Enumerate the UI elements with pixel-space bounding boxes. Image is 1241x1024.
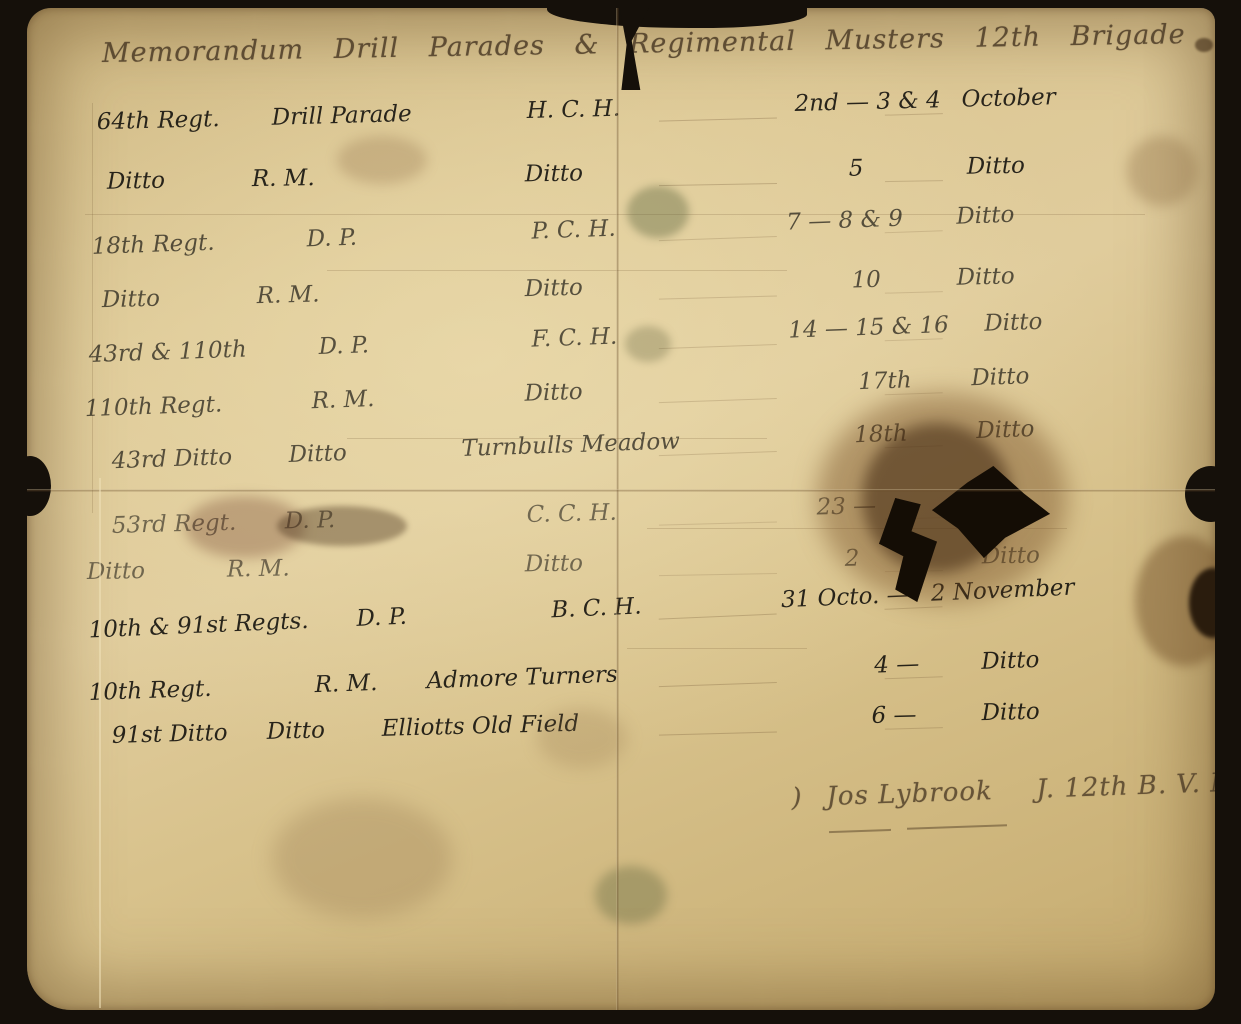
location-text: Ditto	[525, 550, 584, 577]
day-text: 7 — 8 & 9	[786, 206, 903, 236]
event-text: Ditto	[288, 440, 347, 468]
unit-text: 110th Regt.	[84, 391, 222, 422]
location-text: P. C. H.	[531, 216, 616, 245]
event-text: R. M.	[227, 556, 290, 583]
unit-text: 10th & 91st Regts.	[88, 608, 309, 644]
event-text: Drill Parade	[271, 101, 412, 131]
month-text: Ditto	[984, 309, 1043, 337]
day-text: 4 —	[874, 651, 920, 679]
paper-sheet: Memorandum Drill Parades & Regimental Mu…	[27, 8, 1215, 1010]
month-text: Ditto	[961, 489, 1020, 517]
event-text: D. P.	[306, 225, 357, 253]
event-text: D. P.	[284, 507, 335, 534]
day-text: 10	[851, 267, 881, 294]
signature-flourish: )	[791, 783, 803, 813]
event-text: R. M.	[311, 386, 375, 414]
day-text: 23 —	[816, 493, 876, 521]
unit-text: Ditto	[87, 558, 146, 585]
event-text: D. P.	[356, 604, 407, 632]
day-text: 6 —	[871, 702, 917, 729]
unit-text: 10th Regt.	[88, 676, 212, 706]
month-text: October	[961, 84, 1056, 112]
month-text: Ditto	[982, 542, 1041, 569]
unit-text: 53rd Regt.	[111, 510, 236, 539]
signature-office: J. 12th B. V. M.	[1036, 767, 1215, 804]
unit-text: 91st Ditto	[111, 720, 227, 749]
month-text: Ditto	[971, 363, 1030, 391]
scanned-document-page: Memorandum Drill Parades & Regimental Mu…	[0, 0, 1241, 1024]
event-text: R. M.	[252, 165, 315, 192]
event-text: Ditto	[266, 717, 325, 745]
event-text: R. M.	[314, 670, 378, 698]
location-text: Elliotts Old Field	[381, 711, 579, 742]
location-text: F. C. H.	[531, 324, 618, 353]
day-text: 14 — 15 & 16	[788, 312, 949, 344]
unit-text: Ditto	[107, 168, 166, 195]
day-text: 17th	[858, 367, 912, 395]
location-text: Admore Turners	[426, 662, 618, 695]
unit-text: 43rd & 110th	[88, 337, 247, 368]
month-text: Ditto	[956, 202, 1015, 230]
month-text: Ditto	[976, 416, 1035, 444]
month-text: Ditto	[981, 699, 1040, 727]
ruled-line	[627, 648, 807, 649]
signature-line: ) Jos Lybrook J. 12th B. V. M.	[27, 768, 1215, 869]
torn-top-edge	[547, 8, 807, 28]
month-text: Ditto	[967, 153, 1026, 180]
green-stain	[595, 866, 667, 924]
location-text: H. C. H.	[526, 96, 620, 124]
signature-name: Jos Lybrook	[826, 776, 993, 812]
unit-text: 18th Regt.	[91, 230, 215, 260]
event-text: D. P.	[318, 332, 369, 360]
day-text: 5	[849, 155, 864, 181]
event-text: R. M.	[256, 281, 319, 309]
day-text: 31 Octo. —	[780, 582, 910, 614]
location-text: Ditto	[524, 379, 583, 407]
month-text: Ditto	[956, 263, 1015, 291]
location-text: Turnbulls Meadow	[461, 428, 680, 462]
day-text: 2	[845, 546, 860, 572]
day-text: 2nd — 3 & 4	[794, 87, 941, 117]
location-text: Ditto	[525, 160, 584, 187]
location-text: B. C. H.	[551, 593, 642, 623]
entry-row: 64th Regt. Drill Parade H. C. H. 2nd — 3…	[27, 80, 1215, 153]
location-text: C. C. H.	[526, 500, 617, 528]
unit-text: 64th Regt.	[96, 106, 219, 135]
location-text: Ditto	[524, 275, 583, 303]
month-text: 2 November	[930, 575, 1075, 607]
unit-text: 43rd Ditto	[111, 444, 232, 474]
month-text: Ditto	[981, 647, 1040, 675]
day-text: 18th	[854, 420, 908, 448]
unit-text: Ditto	[101, 286, 160, 314]
